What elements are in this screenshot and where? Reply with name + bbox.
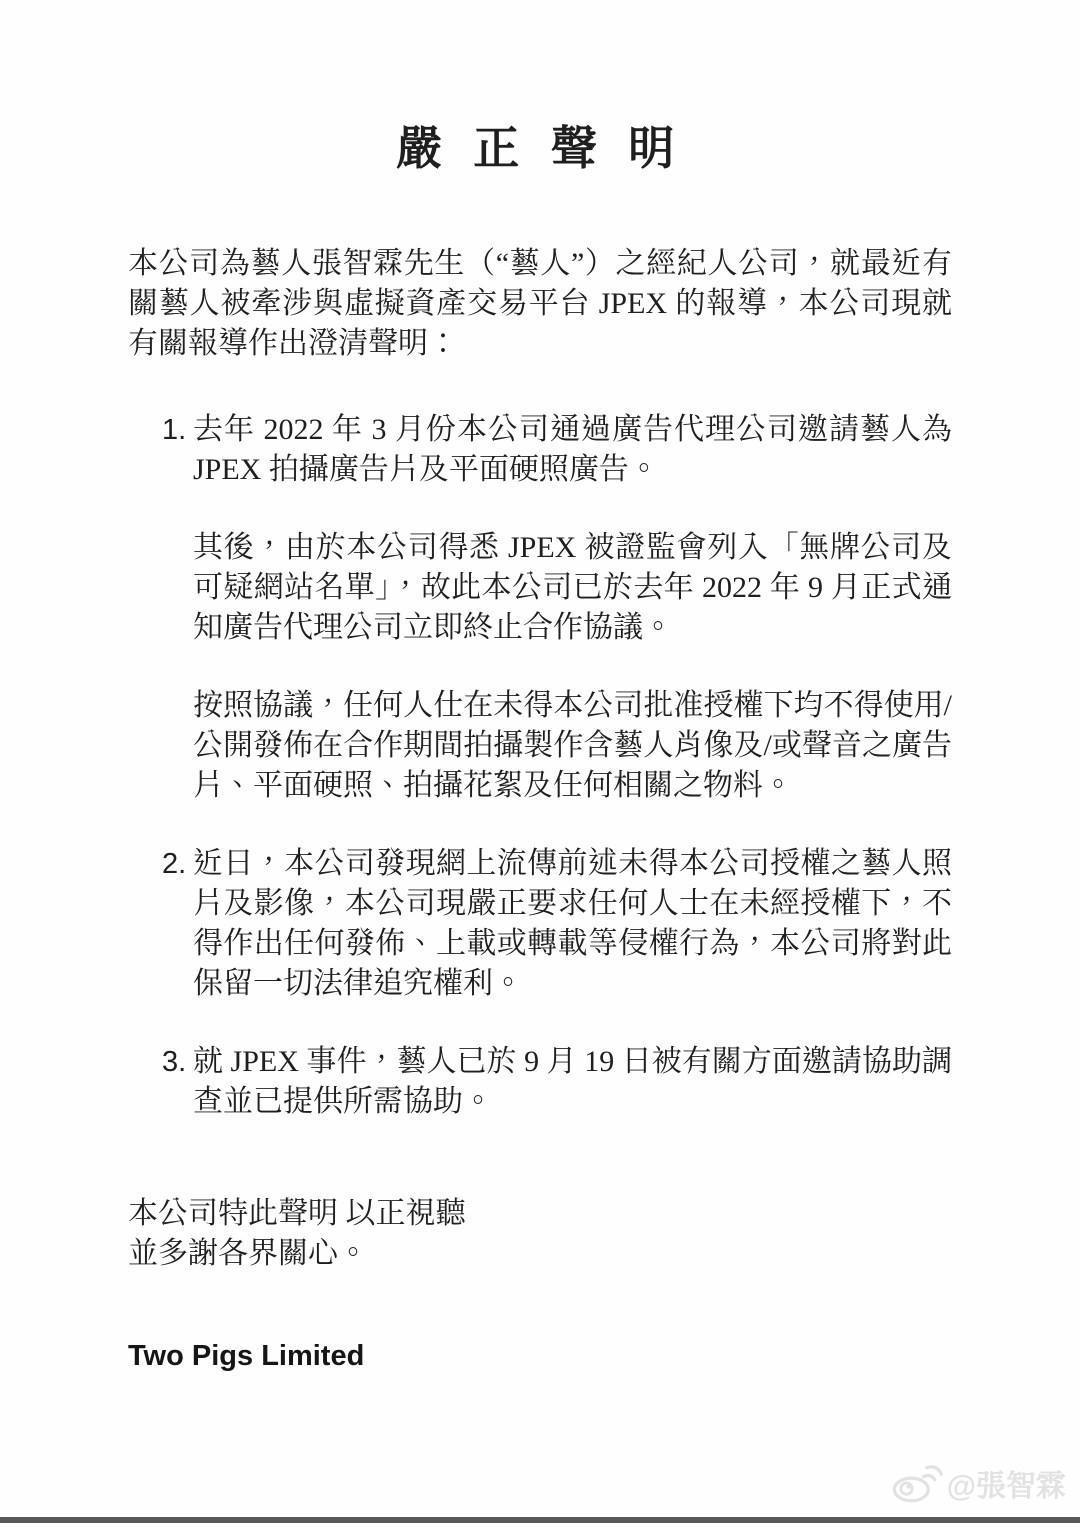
weibo-watermark: @張智霖 <box>891 1461 1066 1505</box>
intro-paragraph: 本公司為藝人張智霖先生（“藝人”）之經紀人公司，就最近有關藝人被牽涉與虛擬資產交… <box>128 244 952 364</box>
list-item-1-paragraph-1: 去年 2022 年 3 月份本公司通過廣告代理公司邀請藝人為 JPEX 拍攝廣告… <box>193 410 952 490</box>
numbered-list: 1. 去年 2022 年 3 月份本公司通過廣告代理公司邀請藝人為 JPEX 拍… <box>128 410 952 1122</box>
list-item-1-paragraph-3: 按照協議，任何人仕在未得本公司批准授權下均不得使用/公開發佈在合作期間拍攝製作含… <box>193 686 952 806</box>
statement-document: 嚴 正 聲 明 本公司為藝人張智霖先生（“藝人”）之經紀人公司，就最近有關藝人被… <box>0 0 1080 1523</box>
closing-statement: 本公司特此聲明 以正視聽 並多謝各界關心。 <box>128 1194 952 1274</box>
bottom-edge-bar <box>0 1517 1080 1523</box>
list-item-1-number: 1. <box>162 410 193 450</box>
list-item-3-body: 就 JPEX 事件，藝人已於 9 月 19 日被有關方面邀請協助調查並已提供所需… <box>193 1042 952 1122</box>
list-item-2-paragraph-1: 近日，本公司發現網上流傳前述未得本公司授權之藝人照片及影像，本公司現嚴正要求任何… <box>193 844 952 1004</box>
company-signature: Two Pigs Limited <box>128 1340 952 1373</box>
page-title: 嚴 正 聲 明 <box>128 112 952 178</box>
list-item-3-number: 3. <box>162 1042 193 1082</box>
list-item-2: 2. 近日，本公司發現網上流傳前述未得本公司授權之藝人照片及影像，本公司現嚴正要… <box>162 844 952 1004</box>
closing-line-2: 並多謝各界關心。 <box>128 1234 952 1274</box>
list-item-1-body: 去年 2022 年 3 月份本公司通過廣告代理公司邀請藝人為 JPEX 拍攝廣告… <box>193 410 952 806</box>
closing-line-1: 本公司特此聲明 以正視聽 <box>128 1194 952 1234</box>
weibo-icon <box>891 1462 943 1504</box>
list-item-3-paragraph-1: 就 JPEX 事件，藝人已於 9 月 19 日被有關方面邀請協助調查並已提供所需… <box>193 1042 952 1122</box>
list-item-3: 3. 就 JPEX 事件，藝人已於 9 月 19 日被有關方面邀請協助調查並已提… <box>162 1042 952 1122</box>
list-item-2-number: 2. <box>162 844 193 884</box>
list-item-1: 1. 去年 2022 年 3 月份本公司通過廣告代理公司邀請藝人為 JPEX 拍… <box>162 410 952 806</box>
list-item-1-paragraph-2: 其後，由於本公司得悉 JPEX 被證監會列入「無牌公司及可疑網站名單」，故此本公… <box>193 528 952 648</box>
list-item-2-body: 近日，本公司發現網上流傳前述未得本公司授權之藝人照片及影像，本公司現嚴正要求任何… <box>193 844 952 1004</box>
weibo-watermark-text: @張智霖 <box>947 1461 1066 1505</box>
